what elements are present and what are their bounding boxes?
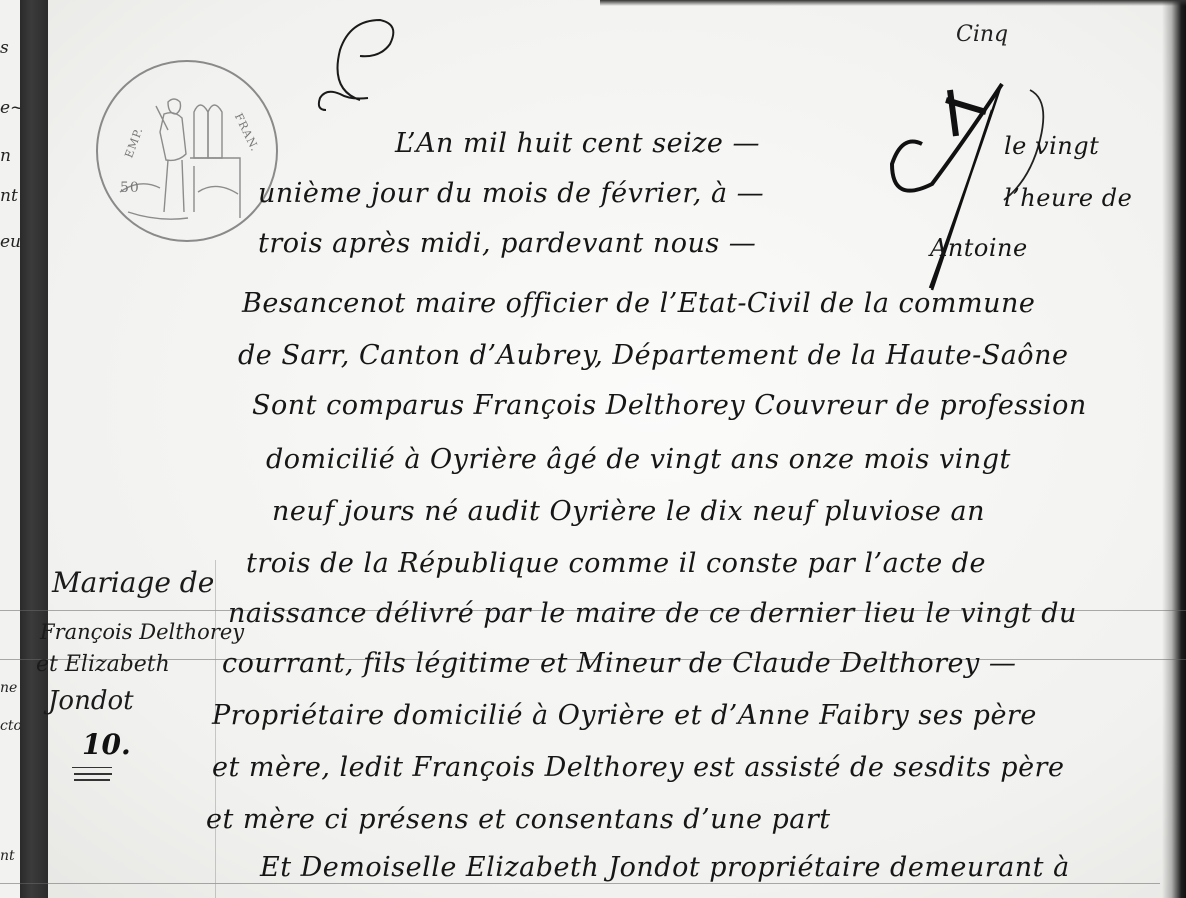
- previous-page-edge: s e~ n nt eur ne cto nt: [0, 0, 20, 898]
- previous-page-fragment: nt: [0, 848, 15, 864]
- act-line-7: domicilié à Oyrière âgé de vingt ans onz…: [266, 444, 1011, 475]
- ruled-line: [0, 883, 1160, 884]
- previous-page-fragment: n: [0, 146, 11, 166]
- act-line-13: et mère, ledit François Delthorey est as…: [212, 752, 1064, 783]
- act-number-underline: [74, 779, 110, 781]
- act-line-15: Et Demoiselle Elizabeth Jondot propriéta…: [260, 852, 1070, 883]
- page-top-edge-shadow: [600, 0, 1186, 6]
- act-number-underline: [72, 767, 112, 768]
- binding-gutter: [20, 0, 48, 898]
- act-line-9: trois de la République comme il conste p…: [246, 548, 986, 579]
- insertion-antoine: Antoine: [930, 234, 1028, 262]
- act-line-4: Besancenot maire officier de l’Etat-Civi…: [242, 288, 1035, 319]
- act-line-1: L’An mil huit cent seize —: [395, 128, 760, 159]
- page-right-edge-shadow: [1162, 0, 1186, 898]
- date-insertion-flourish-icon: [880, 60, 1050, 300]
- margin-title-line-1: Mariage de: [52, 566, 214, 599]
- act-line-8: neuf jours né audit Oyrière le dix neuf …: [272, 496, 985, 527]
- margin-title-line-4: Jondot: [48, 686, 134, 716]
- act-number: 10.: [82, 728, 131, 761]
- previous-page-fragment: nt: [0, 186, 18, 206]
- previous-page-fragment: cto: [0, 718, 22, 734]
- act-line-12: Propriétaire domicilié à Oyrière et d’An…: [212, 700, 1037, 731]
- seal-value: 50: [120, 180, 140, 196]
- previous-page-fragment: ne: [0, 680, 17, 696]
- act-number-underline: [74, 773, 112, 775]
- act-line-3: trois après midi, pardevant nous —: [258, 228, 756, 259]
- tax-seal-stamp: EMP. FRAN. 50: [96, 60, 278, 242]
- insertion-le-vingt: le vingt: [1004, 132, 1099, 160]
- act-line-11: courrant, fils légitime et Mineur de Cla…: [222, 648, 1016, 679]
- margin-title-line-3: et Elizabeth: [36, 652, 170, 677]
- ornamental-initial-l-icon: [290, 10, 430, 130]
- act-line-10: naissance délivré par le maire de ce der…: [228, 598, 1077, 629]
- previous-page-fragment: s: [0, 38, 9, 58]
- act-line-14: et mère ci présens et consentans d’une p…: [206, 804, 831, 835]
- insertion-heure: l’heure de: [1004, 184, 1132, 212]
- register-page: s e~ n nt eur ne cto nt: [0, 0, 1186, 898]
- margin-title-line-2: François Delthorey: [40, 620, 244, 644]
- act-line-6: Sont comparus François Delthorey Couvreu…: [252, 390, 1087, 421]
- page-annotation-cinq: Cinq: [956, 22, 1008, 47]
- act-line-2: unième jour du mois de février, à —: [258, 178, 764, 209]
- act-line-5: de Sarr, Canton d’Aubrey, Département de…: [238, 340, 1068, 371]
